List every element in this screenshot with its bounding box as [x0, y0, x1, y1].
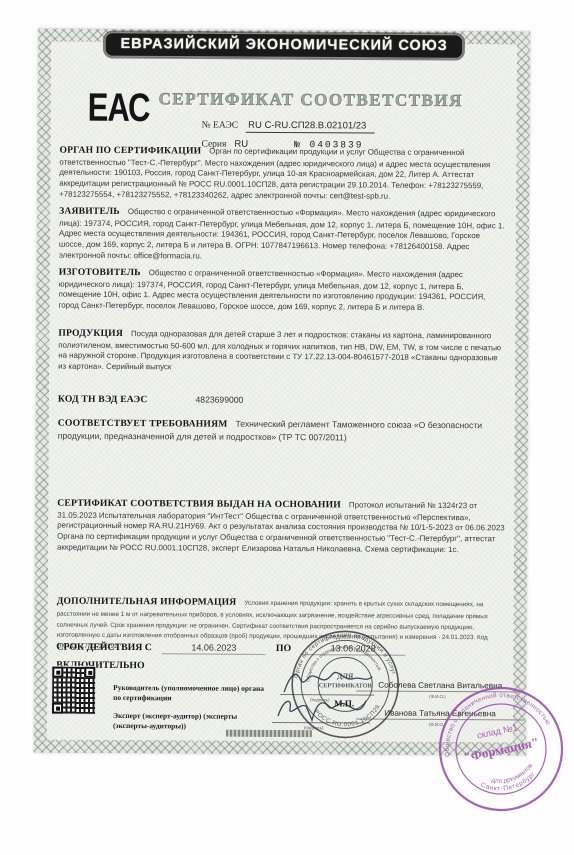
- border-microprint: [226, 730, 312, 738]
- qr-finder-icon: [52, 703, 63, 714]
- product-label: ПРОДУКЦИЯ: [58, 328, 131, 339]
- qr-finder-icon: [84, 667, 95, 678]
- company-stamp-line1: склад №1: [476, 722, 518, 740]
- tnved-label: КОД ТН ВЭД ЕАЭС: [58, 394, 156, 406]
- section-requirements: СООТВЕТСТВУЕТ ТРЕБОВАНИЯМТехнический рег…: [58, 418, 506, 445]
- company-stamp: Общество с ограниченной ответственностью…: [424, 672, 574, 826]
- stamp-ring-bottom-text: РОСС RU.0001.10СП28: [313, 703, 382, 728]
- requirements-label: СООТВЕТСТВУЕТ ТРЕБОВАНИЯМ: [58, 418, 236, 430]
- eac-mark-icon: ЕАС: [88, 85, 150, 131]
- section-basis: СЕРТИФИКАТ СООТВЕТСТВИЯ ВЫДАН НА ОСНОВАН…: [57, 498, 505, 556]
- union-banner: ЕВРАЗИЙСКИЙ ЭКОНОМИЧЕСКИЙ СОЮЗ: [104, 32, 463, 59]
- additional-info-label: ДОПОЛНИТЕЛЬНАЯ ИНФОРМАЦИЯ: [57, 596, 245, 608]
- company-stamp-line2: "Формация": [462, 734, 540, 765]
- applicant-label: ЗАЯВИТЕЛЬ: [59, 206, 128, 217]
- qr-finder-icon: [52, 667, 63, 678]
- tnved-value: 4823699000: [156, 394, 244, 405]
- head-signer-label: Руководитель (уполномоченное лицо) орган…: [113, 683, 273, 703]
- section-product: ПРОДУКЦИЯПосуда одноразовая для детей ст…: [58, 328, 506, 375]
- certificate-number-value: RU C-RU.СП28.В.02101/23: [246, 120, 374, 134]
- certification-body-stamp: Орган по сертификации продукции и услуг …: [289, 628, 402, 741]
- certificate-number-label: № ЕАЭС: [202, 121, 239, 131]
- scanned-certificate-page: ЕВРАЗИЙСКИЙ ЭКОНОМИЧЕСКИЙ СОЮЗ ЕАС СЕРТИ…: [0, 0, 574, 855]
- certification-body-label: ОРГАН ПО СЕРТИФИКАЦИИ: [59, 145, 209, 157]
- section-applicant: ЗАЯВИТЕЛЬОбщество с ограниченной ответст…: [59, 206, 507, 264]
- manufacturer-label: ИЗГОТОВИТЕЛЬ: [59, 267, 149, 279]
- certificate-number-row: № ЕАЭСRU C-RU.СП28.В.02101/23: [202, 120, 375, 132]
- section-manufacturer: ИЗГОТОВИТЕЛЬОбщество с ограниченной отве…: [58, 267, 506, 314]
- validity-from-date: 14.06.2023: [162, 642, 266, 655]
- basis-label: СЕРТИФИКАТ СООТВЕТСТВИЯ ВЫДАН НА ОСНОВАН…: [57, 498, 349, 511]
- section-tnved-code: КОД ТН ВЭД ЕАЭС4823699000: [58, 394, 506, 410]
- certificate-title: СЕРТИФИКАТ СООТВЕТСТВИЯ: [156, 89, 466, 111]
- svg-text:РОСС RU.0001.10СП28: РОСС RU.0001.10СП28: [313, 703, 382, 728]
- expert-signer-label: Эксперт (эксперт-аудитор) (эксперты (экс…: [113, 711, 273, 731]
- qr-code: [52, 667, 95, 714]
- section-certification-body: ОРГАН ПО СЕРТИФИКАЦИИОрган по сертификац…: [59, 145, 507, 203]
- stamp-center-line1: ДЛЯ: [337, 671, 354, 680]
- certificate-sheet: ЕВРАЗИЙСКИЙ ЭКОНОМИЧЕСКИЙ СОЮЗ ЕАС СЕРТИ…: [34, 29, 530, 756]
- validity-from-label: СРОК ДЕЙСТВИЯ С: [56, 642, 152, 654]
- stamp-center-line2: СЕРТИФИКАТОВ: [319, 682, 372, 689]
